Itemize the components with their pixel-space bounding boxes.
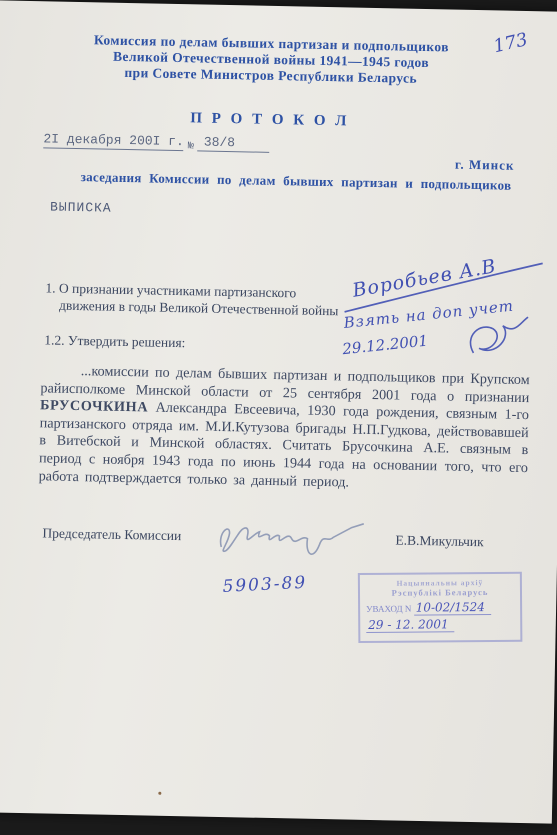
scanned-document-page: 173 Комиссия по делам бывших партизан и … (0, 0, 557, 823)
decision-paragraph: ...комиссии по делам бывших партизан и п… (38, 362, 529, 495)
chairman-signature-stroke (213, 511, 374, 570)
agenda-item-1-2: 1.2. Утвердить решения: (44, 332, 185, 351)
stamp-entry-date: 29 - 12. 2001 (366, 617, 455, 633)
agenda-item-1: 1. О признании участниками партизанского… (45, 279, 376, 320)
city-label: г. Минск (455, 157, 515, 174)
document-date: 2I декабря 200I г. (43, 131, 184, 151)
number-sign: № (184, 141, 198, 152)
handwritten-case-number: 5903-89 (222, 573, 308, 597)
chairman-label: Председатель Комиссии (42, 525, 181, 544)
letterhead: Комиссия по делам бывших партизан и подп… (0, 30, 547, 89)
extract-label: ВЫПИСКА (50, 199, 112, 215)
chairman-name: Е.В.Микульчик (395, 532, 484, 550)
stamp-entry-label: УВАХОД N (366, 604, 411, 614)
stamp-org-line2: Рэспублікі Беларусь (366, 587, 514, 598)
session-line: заседания Комиссии по делам бывших парти… (81, 169, 512, 194)
document-number: 38/8 (198, 134, 270, 152)
document-title: П Р О Т О К О Л (0, 106, 546, 134)
person-name-bold: БРУСОЧКИНА (40, 397, 148, 415)
archive-entry-stamp: Нацыянальны архіў Рэспублікі Беларусь УВ… (358, 572, 523, 643)
date-and-number-row: 2I декабря 200I г.№38/8 (43, 131, 269, 151)
paper-speck (158, 792, 161, 795)
stamp-entry-number: 10-02/1524 (414, 600, 491, 616)
